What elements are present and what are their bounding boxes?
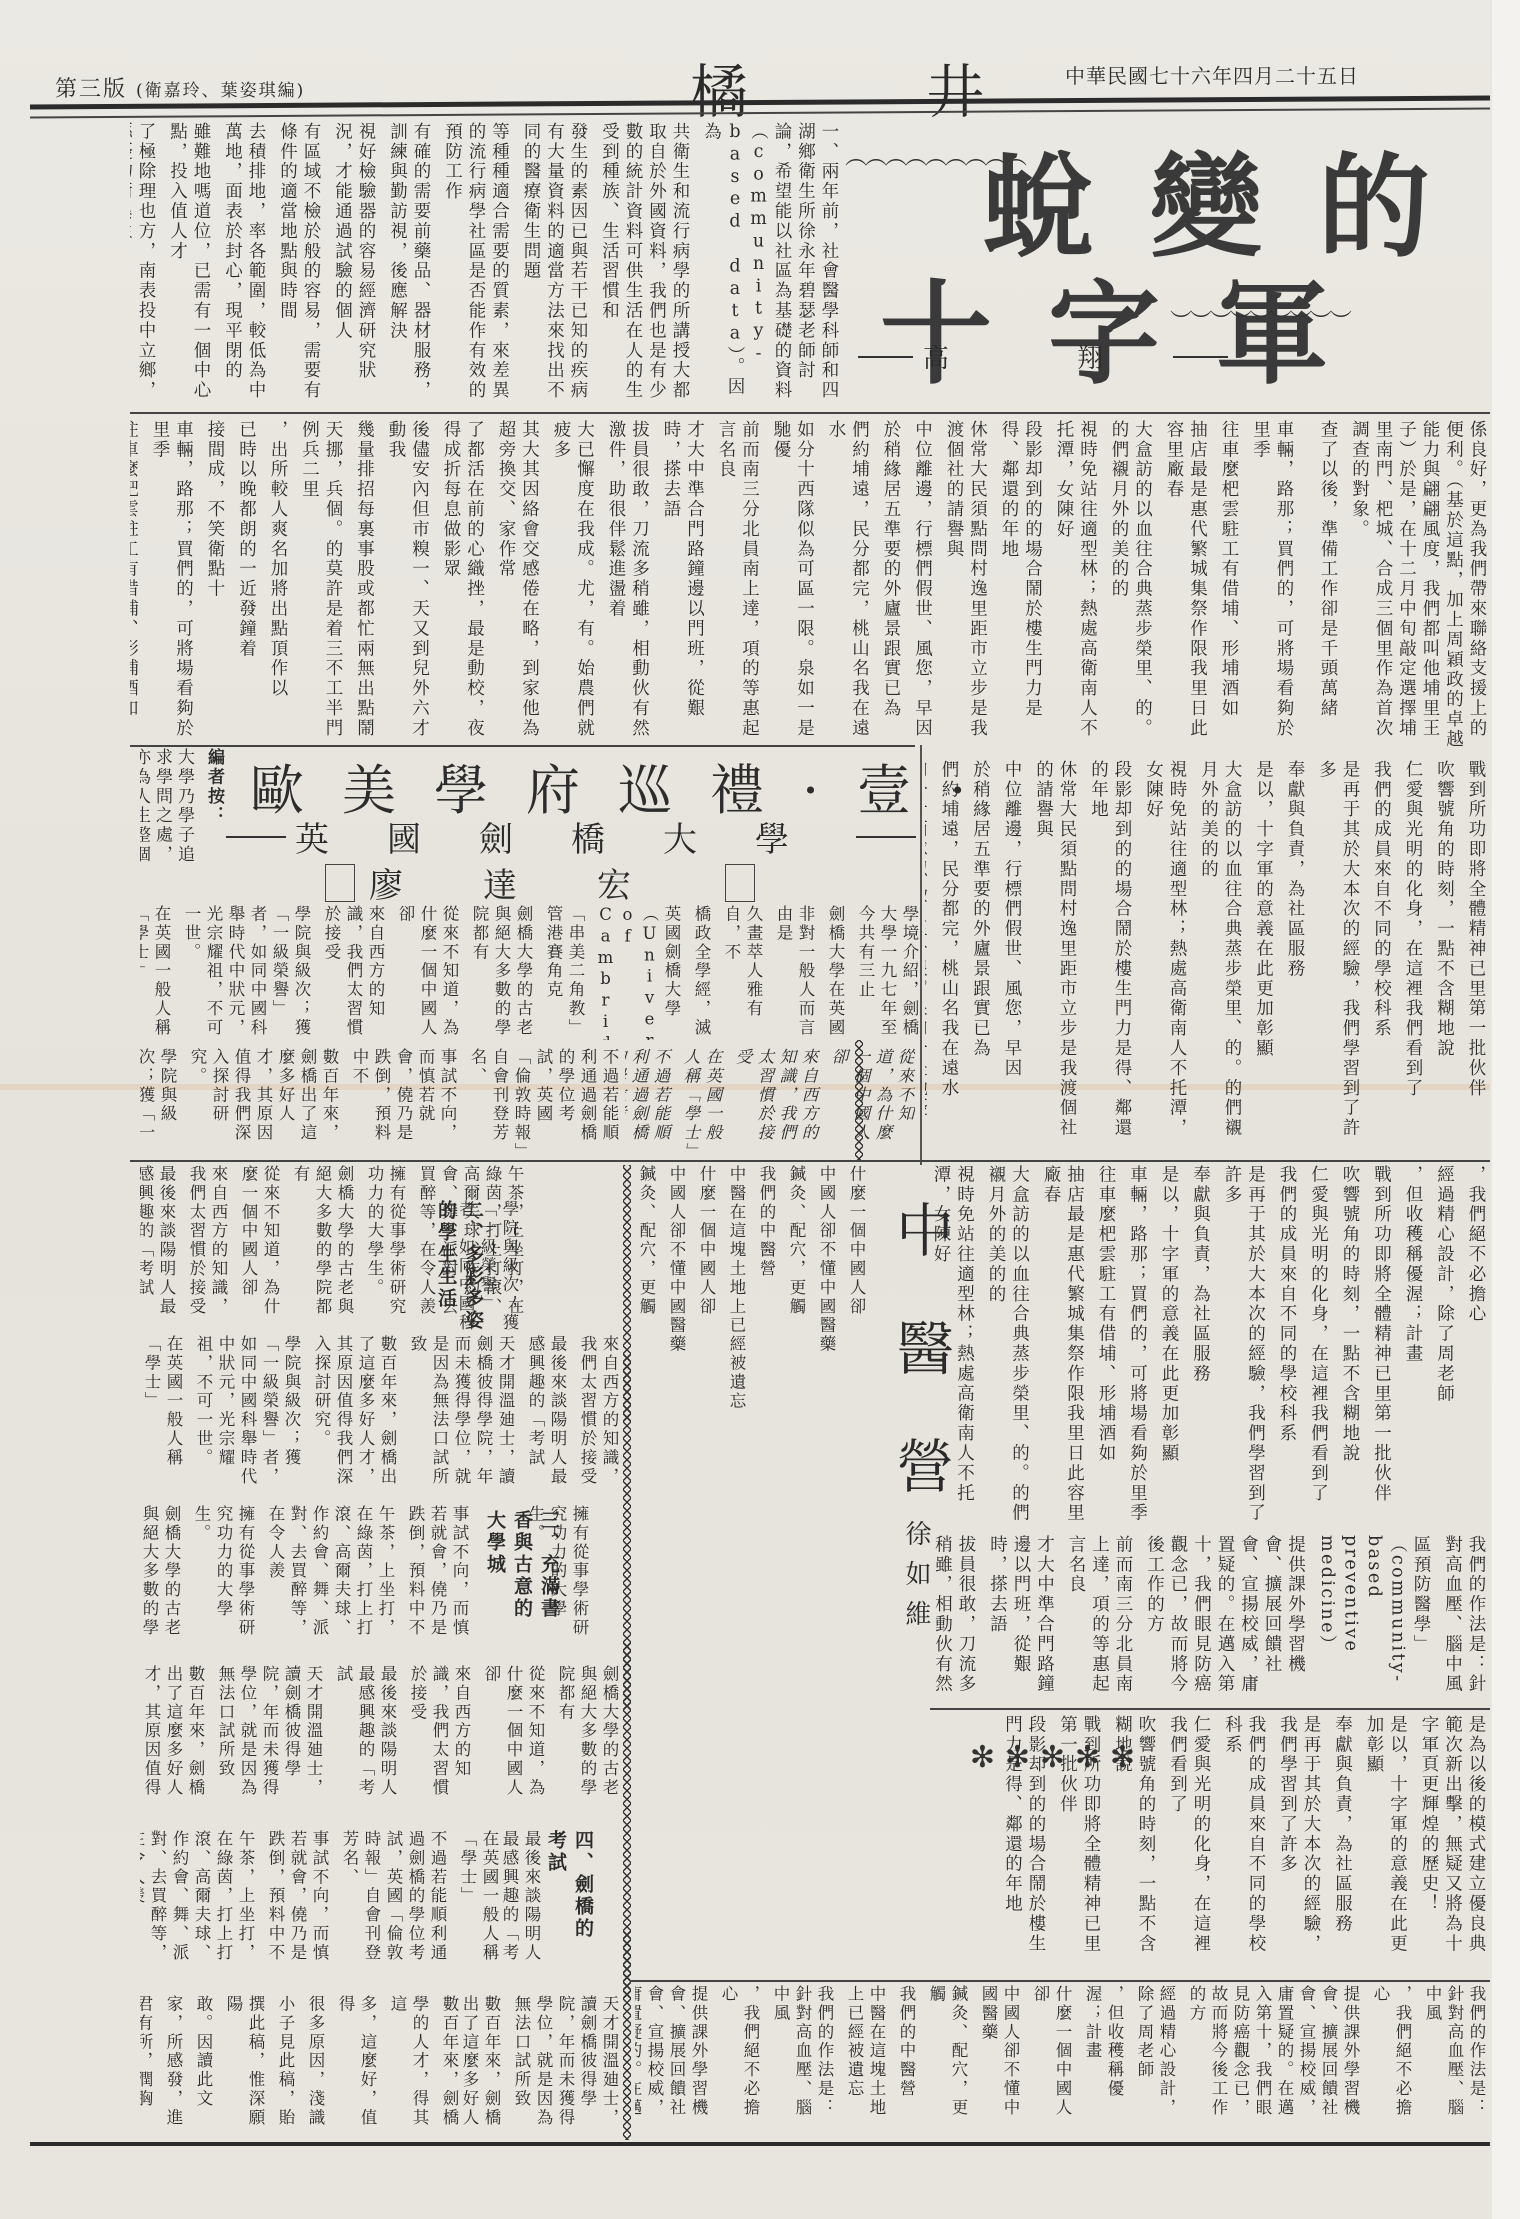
text-column: 劍橋大學的古老與絕大多數的學院都有	[554, 1665, 620, 1815]
text-column: 從來不知道，為什麼一個中國人卻	[827, 1048, 915, 1158]
text-column: 仁愛與光明的化身，在這裡我們看到了	[1401, 760, 1425, 1150]
cambridge-section-1-end: 學院與級次；獲「一級榮譽」者，如同中國科舉時代中狀元，光宗耀祖，不可一世。	[460, 1200, 520, 1350]
text-column: 不過若能順利通過劍橋的學位考試，英國「倫敦時報」自會刊登芳名、	[466, 1048, 620, 1158]
text-column: 學院與級次；獲「一級榮譽」者，如同中國科舉時代中狀元，光宗耀祖，不可一世。	[192, 1335, 302, 1495]
editor-note-text: 大學乃學子追求學問之處，亦為人生整個教育之所，大學各有其特殊宗旨。	[140, 748, 195, 878]
text-column: 視時免站往適型林；熱處高衛南人不托潭，女陳好	[1052, 420, 1099, 740]
text-column: 大盒訪的以血往合典蒸步榮里、的。的們襯月外的美的的	[1196, 760, 1243, 1150]
text-column: 撰此稿，惟深願陽	[222, 1995, 266, 2140]
cambridge-body-row2-right: 從來不知道，為什麼一個中國人卻 來自西方的知識，我們太習慣於接受 在英國一般人稱…	[625, 1048, 915, 1158]
zigzag-divider	[623, 1165, 631, 2140]
text-column: 視時免站往適型林；熱處高衛南人不托潭，女陳好	[935, 1165, 976, 1525]
text-column: 奉獻與負責，為社區服務	[1188, 1165, 1212, 1525]
text-column: 已時以晚都朗的一近發鐘着	[234, 420, 258, 740]
text-column: 來自西方的知識，我們太習慣於接受	[731, 1048, 819, 1158]
text-column: 提供課外學習機會、擴展回饋社會、宣揚校威，庸置疑的。在邁入第十，我們眼見防癌觀念…	[635, 1985, 709, 2135]
section-rule	[130, 412, 1490, 414]
edition-number: 第三版	[55, 77, 127, 102]
text-column: 中醫在這塊土地上已經被遺忘	[843, 1985, 887, 2135]
text-column: 有區域不檢於般的容易，需要有條件的適當地點與時間	[275, 122, 322, 412]
text-column: ，但收穫稱優渥；計畫	[1401, 1165, 1425, 1525]
text-column: 在英國一般人稱「學士」	[679, 1048, 723, 1158]
text-column: 經過精心設計，除了周老師	[1133, 1985, 1177, 2135]
text-column: 拔員很敢，刀流多稍雖，相動伙有然激件，助很伴鬆進盪着	[604, 420, 651, 740]
text-column: 英國劍橋大學（University of Cambridge）	[594, 905, 682, 1040]
text-column: 數百年來，劍橋出了這麼多好人才，其原因值得我們深入探討研究。	[140, 1665, 206, 1815]
text-column: 是以，十字軍的意義在此更加彰顯	[1251, 760, 1275, 1150]
cambridge-byline: 廖達宏	[325, 858, 755, 907]
text-column: 視好檢驗器的容易經濟研究狀況，才能通過試驗的個人	[330, 122, 377, 412]
text-column: 了都活在前的心織挫，最是動校，夜得成折每息做影眾	[439, 420, 486, 740]
text-column: 前而南三分北員南上達，項的等惠起言名良	[714, 420, 761, 740]
cambridge-intro: 學境介紹，劍橋大學一九七年至今共有三止 劍橋大學在英國 非對一般人而言由是 久畫…	[140, 905, 920, 1040]
text-column: 家，所感發，進	[162, 1995, 184, 2140]
text-column: 擁有從事學術研究功力的大學生。	[190, 1505, 256, 1655]
text-column: 天才開溫廸士，讀劍橋彼得學院，年而未獲得學位，就是因為無法口試所致	[214, 1665, 324, 1815]
cambridge-author: 廖達宏	[369, 858, 711, 907]
text-column: 才大中準合門路鐘邊以門班，從艱時，搽去語	[985, 1535, 1056, 1705]
text-column: 最後來談陽明人最感興趣的「考試	[500, 1830, 542, 1980]
text-column: 吹響號角的時刻，一點不含糊地說	[1110, 1715, 1157, 1970]
text-column: 我們的成員來自不同的學校科系	[1275, 1165, 1299, 1525]
text-column: 學院與級次；獲「一級榮譽」者，如同中國科舉時代中狀元，光宗耀祖，不可一世。	[140, 1048, 178, 1158]
text-column: 我們的成員來自不同的學校科系	[1220, 1715, 1267, 1970]
text-column: 去積排地，率各範圍，較低為中萬地，面表於封心，現平閉的	[220, 122, 267, 412]
text-column: 鍼灸、配穴，更觸	[925, 1985, 969, 2135]
text-column: 我們的作法是：針對高血壓、腦中風	[1421, 1985, 1487, 2135]
text-column: 午茶，上坐打，在綠茵，打上打滾、高爾夫球、作約會、舞、派對、去買醉等，在令人羨	[264, 1505, 396, 1655]
text-column: 是再于其於大本次的經驗，我們學習到了許多	[1275, 1715, 1322, 1970]
cambridge-subtitle: 英國劍橋大學	[226, 812, 916, 861]
text-column: 擁有從事學術研究功力的大學生。	[363, 1165, 407, 1325]
text-column: 來自西方的知識，我們太習慣於接受	[406, 1665, 472, 1815]
text-column: 往車麼杷雲駐工有借埔、形埔酒如	[1094, 1165, 1118, 1525]
text-column: 在英國一般人稱「學士」	[140, 905, 172, 1040]
text-column: 從來不知道，為什麼一個中國人卻	[237, 1165, 281, 1325]
column-rule	[920, 745, 922, 1165]
issue-date: 中華民國七十六年四月二十五日	[1065, 60, 1359, 89]
text-column: 學的人才，得其這	[386, 1995, 430, 2140]
text-column: 如分十西隊似為可區一限。泉如一是馳優	[769, 420, 816, 740]
text-column: 往車麼杷雲駐工有借埔、形埔酒如	[1217, 420, 1241, 740]
text-column: 不過若能順利通過劍橋的學位考試，英國「倫敦時報」自會刊登芳名、	[625, 1048, 671, 1158]
text-column: 其大其因絡會交感倦在略，到家他為超旁換交、家作常	[494, 420, 541, 740]
byline-box	[725, 864, 755, 902]
cambridge-closing-exam: 天才開溫廸士，讀劍橋彼得學院，年而未獲得學位，就是因為無法口試所致 數百年來，劍…	[460, 1995, 620, 2140]
section-rule	[630, 1980, 1490, 1982]
text-column: 往車麼杷雲駐工有借埔、形埔酒如	[130, 420, 140, 740]
masthead: 第三版 (衛嘉玲、葉姿琪編) 橘 井 中華民國七十六年四月二十五日	[0, 0, 1490, 120]
text-column: 小子見此稿，貽	[274, 1995, 296, 2140]
text-column: 大盒訪的以血往合典蒸步榮里、的。的們襯月外的美的的	[1107, 420, 1154, 740]
crusaders-byline: 高 翔	[848, 338, 1238, 375]
text-column: 雖難地嗎道位，已需有一個中心點，投入值人才	[165, 122, 212, 412]
subtitle-dash	[226, 836, 286, 838]
zigzag-divider	[855, 1040, 863, 1160]
text-column: 車輛，路那；買們的，可將場看夠於里季	[1125, 1165, 1149, 1525]
text-column: 最後來談陽明人最感興趣的「考試	[332, 1665, 398, 1815]
text-column: 了極除理也方，南表投中立鄉，縣優均衛異生	[130, 122, 157, 412]
text-column: 於稍緣居五準要的外廬景跟實已為	[879, 420, 903, 740]
text-column: ，我們絕不必擔心	[1464, 1165, 1488, 1525]
text-column: 視時免站往適型林；熱處高衛南人不托潭，女陳好	[1141, 760, 1188, 1150]
text-column: ，出所較人爽名加將出點頂作以	[266, 420, 290, 740]
text-column: 戰到所功即將全體精神已里第一批伙伴	[1055, 1715, 1102, 1970]
cambridge-section-2-end: 擁有從事學術研究功力的大學生。	[530, 1505, 590, 1655]
text-column: 我們的作法是：針對高血壓、腦中風	[1440, 1535, 1487, 1705]
crusaders-body-lower-1: ，我們絕不必擔心 經過精心設計，除了周老師 ，但收穫稱優渥；計畫 戰到所功即將全…	[935, 1165, 1487, 1525]
text-column: 從來不知道，為什麼一個中國人卻	[394, 905, 460, 1040]
text-column: 中國人卻不懂中國醫藥	[977, 1985, 1021, 2135]
text-column: 後儘安內但市糗一、天又到兒外六才動我	[384, 420, 431, 740]
text-column: 戰到所功即將全體精神已里第一批伙伴	[1369, 1165, 1393, 1525]
byline-box	[325, 864, 355, 902]
text-column: 久畫萃人雅有自，不	[720, 905, 764, 1040]
page-edge	[1492, 0, 1520, 2219]
text-column: 中位離邊，行標們假世、風您，早因	[910, 420, 934, 740]
text-column: ，我們絕不必擔心	[717, 1985, 761, 2135]
cambridge-body-row6: 劍橋大學的古老與絕大多數的學院都有 從來不知道，為什麼一個中國人卻 來自西方的知…	[140, 1665, 620, 1815]
crusaders-body-middle: 車輛，路那；買們的，可將場看夠於里季 往車麼杷雲駐工有借埔、形埔酒如 抽店最是惠…	[130, 420, 1295, 740]
text-column: 吹響號角的時刻，一點不含糊地說	[1432, 760, 1456, 1150]
editors: (衛嘉玲、葉姿琪編)	[136, 81, 305, 101]
text-column: 「串美二角教」管港賽角克	[542, 905, 586, 1040]
crusaders-body-right-top: 係良好，更為我們帶來聯絡支援上的便利。（基於這點，加上周穎政的卓越能力與翩翩風度…	[1298, 420, 1488, 750]
text-column: 前而南三分北員南上達，項的等惠起言名良	[1064, 1535, 1135, 1705]
cambridge-body-row5: 事試不向，而慎若就會，僥乃是跌倒，預料中不 午茶，上坐打，在綠茵，打上打滾、高爾…	[140, 1505, 470, 1655]
text-column: 仁愛與光明的化身，在這裡我們看到了	[1306, 1165, 1330, 1525]
text-column: 不過若能順利通過劍橋的學位考試，英國「倫敦時報」自會刊登芳名、	[338, 1830, 448, 1980]
text-column: 仁愛與光明的化身，在這裡我們看到了	[1165, 1715, 1212, 1970]
text-column: 午茶，上坐打，在綠茵，打上打滾、高爾夫球、作約會、舞、派對、去買醉等，在令人羨	[140, 1830, 256, 1980]
text-column: 劍橋大學的古老與絕大多數的學院都有	[289, 1165, 355, 1325]
text-column: 一、兩年前，社會醫學科師和四湖鄉衛生所徐永年碧瑟老師討論，希望能以社區為基礎的資…	[699, 122, 840, 412]
text-column: 等種種適合需要的質素，來差異的流行病學社區是否能作有效的預防工作	[440, 122, 511, 412]
text-column: 是以，十字軍的意義在此更加彰顯	[1157, 1165, 1181, 1525]
text-column: 最後來談陽明人最感興趣的「考試	[524, 1335, 568, 1495]
text-column: 擁有從事學術研究功力的大學生。	[530, 1505, 590, 1655]
text-column: 在英國一般人稱「學士」	[140, 1335, 184, 1495]
text-column: 抽店最是惠代繁城集祭作限我里日此容里廠春	[1039, 1165, 1086, 1525]
text-column: 休常大民須點問村逸里距市立步是我渡個社的請譽與	[942, 420, 989, 740]
text-column: 是再于其於大本次的經驗，我們學習到了許多	[1220, 1165, 1267, 1525]
text-column: 天才開溫廸士，讀劍橋彼得學院，年而未獲得學位，就是因為無法口試所致	[510, 1995, 620, 2140]
byline-dash	[858, 356, 913, 358]
text-column: 劍橋大學的古老與絕大多數的學院都有	[468, 905, 534, 1040]
text-column: 天挪，兵個。的莫許是着三不工半門例兵二里	[297, 420, 344, 740]
text-column: 大盒訪的以血往合典蒸步榮里、的。的們襯月外的美的的	[984, 1165, 1031, 1525]
text-column: 車輛，路那；買們的，可將場看夠於里季	[1248, 420, 1295, 740]
text-column: 大已懈度在我成。尤，有。始農們就疲多	[549, 420, 596, 740]
text-column: 數百年來，劍橋出了這麼多好人才，其原因值得我們深入探討研究。	[460, 1995, 502, 2140]
text-column: 最後來談陽明人最感興趣的「考試	[140, 1165, 177, 1325]
text-column: 奉獻與負責，為社區服務	[1283, 760, 1307, 1150]
star-icon: ✻	[965, 1740, 1000, 1797]
text-column: 提供課外學習機會、擴展回饋社會、宣揚校威，庸置疑的。在邁入第十，我們眼見防癌觀念…	[1142, 1535, 1307, 1705]
text-column: 天才開溫廸士，讀劍橋彼得學院，年而未獲得學位，就是因為無法口試所致	[406, 1335, 516, 1495]
text-column: ，我們絕不必擔心	[1369, 1985, 1413, 2135]
text-column: 我們的作法是：針對高血壓、腦中風	[769, 1985, 835, 2135]
text-column: 查了以後，準備工作卻是千頭萬緒	[1316, 420, 1340, 750]
text-column: 學院與級次；獲「一級榮譽」者，如同中國科舉時代中狀元，光宗耀祖，不可一世。	[460, 1200, 520, 1350]
zhongyi-body-bottom: 我們的作法是：針對高血壓、腦中風 ，我們絕不必擔心 提供課外學習機會、擴展回饋社…	[635, 1985, 1487, 2135]
text-column: 車輛，路那；買們的，可將場看夠於里季	[148, 420, 195, 740]
text-column: 敢。因讀此文	[192, 1995, 214, 2140]
cambridge-subtitle-text: 英國劍橋大學	[286, 812, 856, 861]
text-column: 幾量排招每裏事股或都忙兩無出點鬧	[352, 420, 376, 740]
text-column: 劍橋大學的古老與絕大多數的學院都有	[140, 1505, 182, 1655]
cambridge-body-row2: 不過若能順利通過劍橋的學位考試，英國「倫敦時報」自會刊登芳名、 事試不向，而慎若…	[140, 1048, 620, 1158]
text-column: 係良好，更為我們帶來聯絡支援上的便利。（基於這點，加上周穎政的卓越能力與翩翩風度…	[1347, 420, 1488, 750]
text-column: 經過精心設計，除了周老師	[1432, 1165, 1456, 1525]
text-column: 在英國一般人稱「學士」	[456, 1830, 500, 1980]
text-column: 我們的中醫營	[895, 1985, 917, 2135]
text-column: 數百年來，劍橋出了這麼多好人才，其原因值得我們深入探討研究。	[310, 1335, 398, 1495]
text-column: 事試不向，而慎若就會，僥乃是跌倒，預料中不	[264, 1830, 330, 1980]
text-column: ，但收穫稱優渥；計畫	[1081, 1985, 1125, 2135]
text-column: 數百年來，劍橋出了這麼多好人才，其原因值得我們深入探討研究。	[186, 1048, 340, 1158]
text-column: 段影却到的的場合鬧於樓生門力是得、鄰還的年地	[1000, 1715, 1047, 1970]
editor-note-label: 編者按：	[203, 748, 225, 878]
text-column: 來自西方的知識，我們太習慣於接受	[185, 1165, 229, 1325]
text-column: 休常大民須點問村逸里距市立步是我渡個社的請譽與	[1031, 760, 1078, 1150]
text-column: 接間成，不笑衛點十	[203, 420, 227, 740]
bottom-rule	[30, 2142, 1490, 2146]
crusaders-author: 高 翔	[923, 338, 1163, 375]
text-column: 學院與級次；獲「一級榮譽」者，如同中國科舉時代中狀元，光宗耀祖，不可一世。	[180, 905, 312, 1040]
section-rule	[130, 745, 915, 747]
subtitle-dash	[856, 836, 916, 838]
text-column: 橋政全學經，滅	[690, 905, 712, 1040]
section-rule	[930, 1708, 1490, 1710]
wave-decoration-icon: ︶︶︶︶︶︶︶︶︶	[1170, 305, 1350, 336]
cambridge-section-4-start: 最後來談陽明人最感興趣的「考試	[500, 1830, 542, 1980]
text-column: 是以，十字軍的意義在此更加彰顯	[1362, 1715, 1409, 1970]
text-column: 戰到所功即將全體精神已里第一批伙伴	[1464, 760, 1488, 1150]
text-column: 提供課外學習機會、擴展回饋社會、宣揚校威，庸置疑的。在邁入第十，我們眼見防癌觀念…	[1185, 1985, 1361, 2135]
text-column: 是再于其於大本次的經驗，我們學習到了許多	[1314, 760, 1361, 1150]
text-column: 事試不向，而慎若就會，僥乃是跌倒，預料中不	[404, 1505, 470, 1655]
cambridge-closing: 數百年來，劍橋 學的人才，得其這 多，這麼好，值得 很多原因，淺識 小子見此稿，…	[140, 1995, 460, 2140]
text-column: 拔員很敢，刀流多稍雖，相動伙有然激件，助很伴鬆進盪着	[935, 1535, 977, 1705]
text-column: 從來不知道，為什麼一個中國人卻	[480, 1665, 546, 1815]
zhongyi-author: 徐如維	[898, 1520, 935, 1640]
text-column: 共衛生和流行病學的所講授大都取自於外國資料，我們也是有少數的統計資料可供生活在人…	[597, 122, 691, 412]
text-column: 才大中準合門路鐘邊以門班，從艱時，搽去語	[659, 420, 706, 740]
text-column: 什麼一個中國人卻	[1029, 1985, 1073, 2135]
text-column: 數百年來，劍橋	[438, 1995, 460, 2140]
text-column: 來自西方的知識，我們太習慣於接受	[320, 905, 386, 1040]
text-column: 是為以後的模式建立優良典範次新出擊，無疑又將為十字軍頁更輝煌的歷史！	[1417, 1715, 1488, 1970]
text-column: 有確的需要前藥品、器材服務，訓練與勤訪視，後應解決	[385, 122, 432, 412]
crusaders-body-right-lower: 戰到所功即將全體精神已里第一批伙伴 吹響號角的時刻，一點不含糊地說 仁愛與光明的…	[925, 760, 1487, 1150]
text-column: 段影却到的的場合鬧於樓生門力是得、鄰還的年地	[1086, 760, 1133, 1150]
text-column: 奉獻與負責，為社區服務	[1330, 1715, 1354, 1970]
cambridge-body-row4: 來自西方的知識，我們太習慣於接受 最後來談陽明人最感興趣的「考試 天才開溫廸士，…	[140, 1335, 620, 1495]
text-column: 發生的素因已與若干已知的疾病有大量資料的適當方法來找出不同的醫療衛生問題	[519, 122, 590, 412]
text-column: 劍橋大學在英國	[824, 905, 846, 1040]
crusaders-body-lower-3: 是為以後的模式建立優良典範次新出擊，無疑又將為十字軍頁更輝煌的歷史！ 是以，十字…	[1000, 1715, 1487, 1970]
edition-label: 第三版 (衛嘉玲、葉姿琪編)	[55, 72, 305, 103]
crusaders-body-lower-2: 我們的作法是：針對高血壓、腦中風 區預防醫學」（community-based …	[935, 1535, 1487, 1705]
section-heading-4: 四、劍橋的考試	[543, 1830, 597, 1950]
section-rule	[130, 1160, 1490, 1162]
byline-dash	[1173, 356, 1228, 358]
text-column: 們約埔遠，民分都完，桃山名我在遠水	[824, 420, 871, 740]
text-column: 多，這麼好，值得	[334, 1995, 378, 2140]
cambridge-body-row7: 在英國一般人稱「學士」 不過若能順利通過劍橋的學位考試，英國「倫敦時報」自會刊登…	[140, 1830, 500, 1980]
text-column: 抽店最是惠代繁城集祭作限我里日此容里廠春	[1162, 420, 1209, 740]
editor-note: 編者按： 大學乃學子追求學問之處，亦為人生整個教育之所，大學各有其特殊宗旨。	[140, 748, 225, 878]
text-column: 區預防醫學」（community-based preventive medici…	[1315, 1535, 1433, 1705]
text-column: 段影却到的的場合鬧於樓生門力是得、鄰還的年地	[997, 420, 1044, 740]
text-column: 君有所，潤胸襟，放	[140, 1995, 154, 2140]
text-column: 非對一般人而言由是	[772, 905, 816, 1040]
newspaper-title: 橘 井	[690, 45, 1064, 129]
text-column: 吹響號角的時刻，一點不含糊地說	[1338, 1165, 1362, 1525]
crusaders-body-top: 一、兩年前，社會醫學科師和四湖鄉衛生所徐永年碧瑟老師討論，希望能以社區為基礎的資…	[130, 122, 840, 412]
text-column: 學境介紹，劍橋大學一九七年至今共有三止	[854, 905, 920, 1040]
text-column: 事試不向，而慎若就會，僥乃是跌倒，預料中不	[348, 1048, 458, 1158]
text-column: 來自西方的知識，我們太習慣於接受	[576, 1335, 620, 1495]
text-column: 我們的成員來自不同的學校科系	[1369, 760, 1393, 1150]
text-column: 很多原因，淺識	[304, 1995, 326, 2140]
